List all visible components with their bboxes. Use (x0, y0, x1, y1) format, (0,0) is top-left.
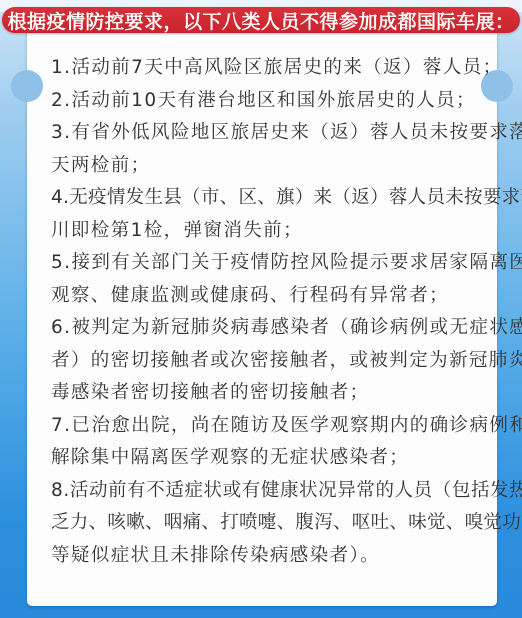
item-3-line-2: 天两检前； (51, 150, 481, 183)
item-7-line-2: 解除集中隔离医学观察的无症状感染者； (51, 442, 481, 475)
item-7-line-1: 7.已治愈出院，尚在随访及医学观察期内的确诊病例和已 (51, 410, 481, 443)
item-8-line-3: 等疑似症状且未排除传染病感染者）。 (51, 540, 481, 573)
title-banner: 根据疫情防控要求，以下八类人员不得参加成都国际车展： (2, 7, 520, 33)
item-8-line-2: 乏力、咳嗽、咽痛、打喷嚏、腹泻、呕吐、味觉、嗅觉功能障碍 (51, 507, 481, 540)
item-3-line-1: 3.有省外低风险地区旅居史来（返）蓉人员未按要求落实三 (51, 117, 481, 150)
item-4-line-2: 川即检第1检，弹窗消失前； (51, 215, 481, 248)
item-4-line-1: 4.无疫情发生县（市、区、旗）来（返）蓉人员未按要求落实入 (51, 182, 481, 215)
item-1-line-1: 1.活动前7天中高风险区旅居史的来（返）蓉人员； (51, 52, 481, 85)
item-2-line-1: 2.活动前10天有港台地区和国外旅居史的人员； (51, 85, 481, 118)
item-6-line-2: 者）的密切接触者或次密接触者，或被判定为新冠肺炎病 (51, 345, 481, 378)
left-binder-tab (11, 70, 43, 102)
page-title: 根据疫情防控要求，以下八类人员不得参加成都国际车展： (7, 7, 514, 34)
item-5-line-1: 5.接到有关部门关于疫情防控风险提示要求居家隔离医学 (51, 247, 481, 280)
item-8-line-1: 8.活动前有不适症状或有健康状况异常的人员（包括发热、 (51, 475, 481, 508)
item-6-line-1: 6.被判定为新冠肺炎病毒感染者（确诊病例或无症状感染 (51, 312, 481, 345)
item-5-line-2: 观察、健康监测或健康码、行程码有异常者； (51, 280, 481, 313)
restriction-list: 1.活动前7天中高风险区旅居史的来（返）蓉人员； 2.活动前10天有港台地区和国… (51, 52, 481, 572)
item-6-line-3: 毒感染者密切接触者的密切接触者； (51, 377, 481, 410)
